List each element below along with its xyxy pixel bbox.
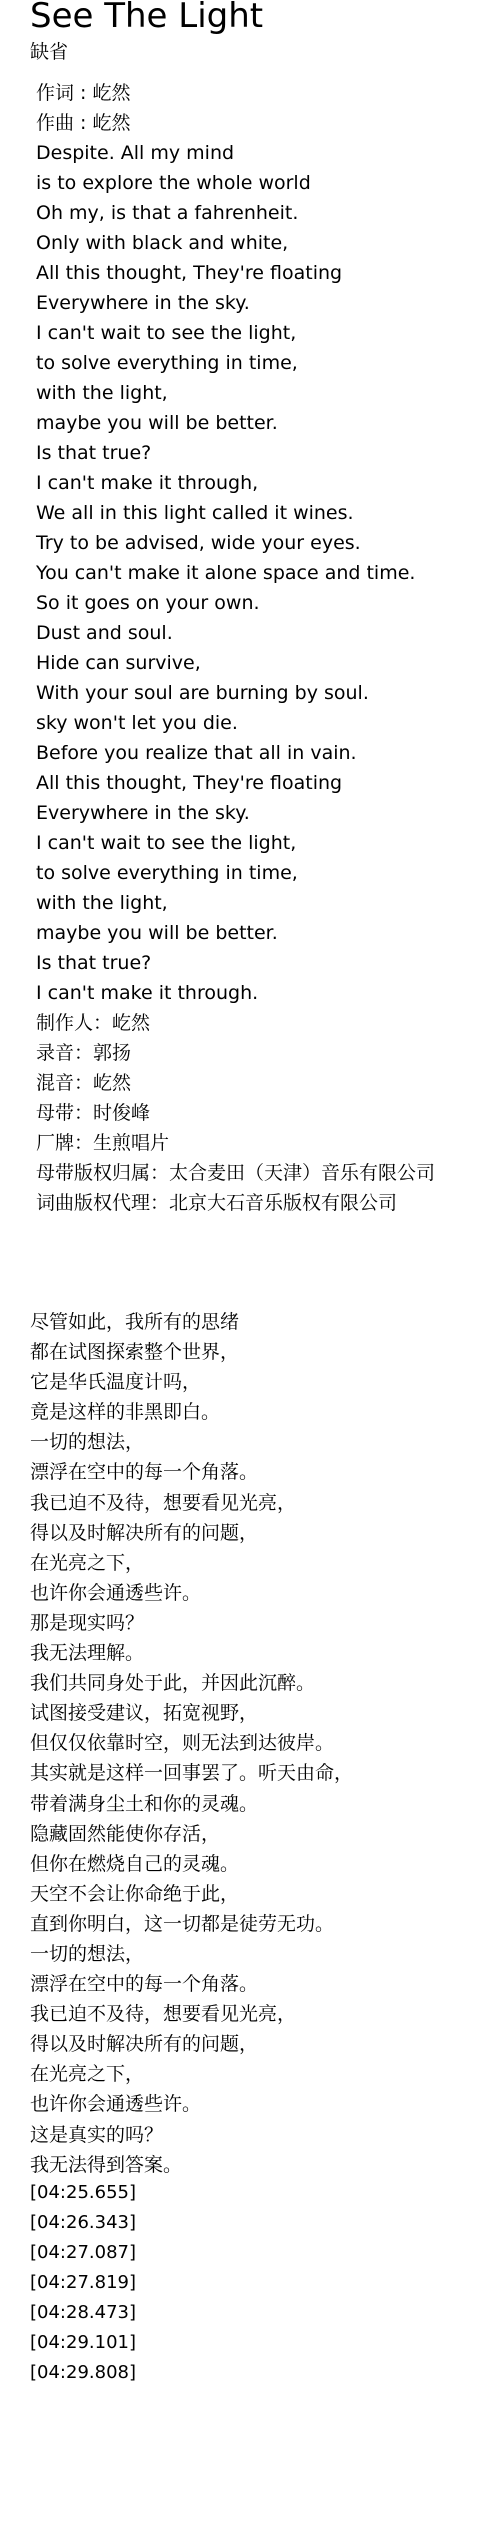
translation-line: 也许你会通透些许。 (30, 2089, 353, 2119)
song-title: See The Light (30, 0, 263, 36)
translation-line: 试图接受建议，拓宽视野， (30, 1698, 353, 1728)
lyric-line: I can't wait to see the light, (36, 318, 435, 348)
credit-lyricist: 作词 : 屹然 (36, 78, 435, 108)
translation-block: 尽管如此，我所有的思绪 都在试图探索整个世界， 它是华氏温度计吗， 竟是这样的非… (30, 1307, 353, 2180)
translation-line: 我无法得到答案。 (30, 2150, 353, 2180)
lyric-line: Oh my, is that a fahrenheit. (36, 198, 435, 228)
lyric-line: sky won't let you die. (36, 708, 435, 738)
lyric-line: We all in this light called it wines. (36, 498, 435, 528)
lyric-line: You can't make it alone space and time. (36, 558, 435, 588)
lyric-line: Despite. All my mind (36, 138, 435, 168)
lyric-line: I can't make it through. (36, 978, 435, 1008)
translation-line: 一切的想法， (30, 1427, 353, 1457)
translation-line: 我们共同身处于此，并因此沉醉。 (30, 1668, 353, 1698)
translation-line: 也许你会通透些许。 (30, 1578, 353, 1608)
lyric-line: with the light, (36, 888, 435, 918)
translation-line: 在光亮之下， (30, 2059, 353, 2089)
timestamp: [04:26.343] (30, 2208, 136, 2238)
lyric-line: is to explore the whole world (36, 168, 435, 198)
translation-line: 都在试图探索整个世界， (30, 1337, 353, 1367)
translation-line: 漂浮在空中的每一个角落。 (30, 1457, 353, 1487)
lyric-line: with the light, (36, 378, 435, 408)
lyric-line: I can't wait to see the light, (36, 828, 435, 858)
translation-line: 我无法理解。 (30, 1638, 353, 1668)
credit-master-rights: 母带版权归属：太合麦田（天津）音乐有限公司 (36, 1158, 435, 1188)
translation-line: 尽管如此，我所有的思绪 (30, 1307, 353, 1337)
timestamp: [04:28.473] (30, 2298, 136, 2328)
timestamp: [04:27.819] (30, 2268, 136, 2298)
translation-line: 得以及时解决所有的问题， (30, 1518, 353, 1548)
translation-line: 我已迫不及待，想要看见光亮， (30, 1488, 353, 1518)
lyric-line: Dust and soul. (36, 618, 435, 648)
credit-publishing-agent: 词曲版权代理：北京大石音乐版权有限公司 (36, 1188, 435, 1218)
lyrics-block: 作词 : 屹然 作曲 : 屹然 Despite. All my mind is … (36, 78, 435, 1218)
translation-line: 竟是这样的非黑即白。 (30, 1397, 353, 1427)
credit-label: 厂牌：生煎唱片 (36, 1128, 435, 1158)
translation-line: 漂浮在空中的每一个角落。 (30, 1969, 353, 1999)
translation-line: 带着满身尘土和你的灵魂。 (30, 1789, 353, 1819)
credit-recording: 录音：郭扬 (36, 1038, 435, 1068)
translation-line: 但你在燃烧自己的灵魂。 (30, 1849, 353, 1879)
lyric-line: Everywhere in the sky. (36, 288, 435, 318)
lyric-line: Is that true? (36, 948, 435, 978)
timestamp: [04:29.808] (30, 2358, 136, 2388)
lyric-line: So it goes on your own. (36, 588, 435, 618)
translation-line: 在光亮之下， (30, 1548, 353, 1578)
translation-line: 其实就是这样一回事罢了。听天由命， (30, 1758, 353, 1788)
lyric-line: maybe you will be better. (36, 918, 435, 948)
lyric-line: Is that true? (36, 438, 435, 468)
translation-line: 这是真实的吗？ (30, 2120, 353, 2150)
song-subtitle: 缺省 (30, 38, 68, 66)
timestamp: [04:25.655] (30, 2178, 136, 2208)
credit-producer: 制作人：屹然 (36, 1008, 435, 1038)
credit-composer: 作曲 : 屹然 (36, 108, 435, 138)
translation-line: 直到你明白，这一切都是徒劳无功。 (30, 1909, 353, 1939)
translation-line: 我已迫不及待，想要看见光亮， (30, 1999, 353, 2029)
lyric-line: maybe you will be better. (36, 408, 435, 438)
timestamp-block: [04:25.655] [04:26.343] [04:27.087] [04:… (30, 2178, 136, 2388)
lyric-line: With your soul are burning by soul. (36, 678, 435, 708)
lyric-line: Only with black and white, (36, 228, 435, 258)
lyric-line: Before you realize that all in vain. (36, 738, 435, 768)
translation-line: 得以及时解决所有的问题， (30, 2029, 353, 2059)
translation-line: 天空不会让你命绝于此， (30, 1879, 353, 1909)
lyric-line: to solve everything in time, (36, 348, 435, 378)
lyric-line: I can't make it through, (36, 468, 435, 498)
lyric-line: All this thought, They're floating (36, 768, 435, 798)
translation-line: 隐藏固然能使你存活， (30, 1819, 353, 1849)
timestamp: [04:27.087] (30, 2238, 136, 2268)
translation-line: 那是现实吗？ (30, 1608, 353, 1638)
lyric-line: All this thought, They're floating (36, 258, 435, 288)
credit-mastering: 母带：时俊峰 (36, 1098, 435, 1128)
credit-mixing: 混音：屹然 (36, 1068, 435, 1098)
lyric-line: Everywhere in the sky. (36, 798, 435, 828)
lyric-line: to solve everything in time, (36, 858, 435, 888)
translation-line: 它是华氏温度计吗， (30, 1367, 353, 1397)
translation-line: 但仅仅依靠时空，则无法到达彼岸。 (30, 1728, 353, 1758)
timestamp: [04:29.101] (30, 2328, 136, 2358)
translation-line: 一切的想法， (30, 1939, 353, 1969)
lyric-line: Try to be advised, wide your eyes. (36, 528, 435, 558)
lyric-line: Hide can survive, (36, 648, 435, 678)
